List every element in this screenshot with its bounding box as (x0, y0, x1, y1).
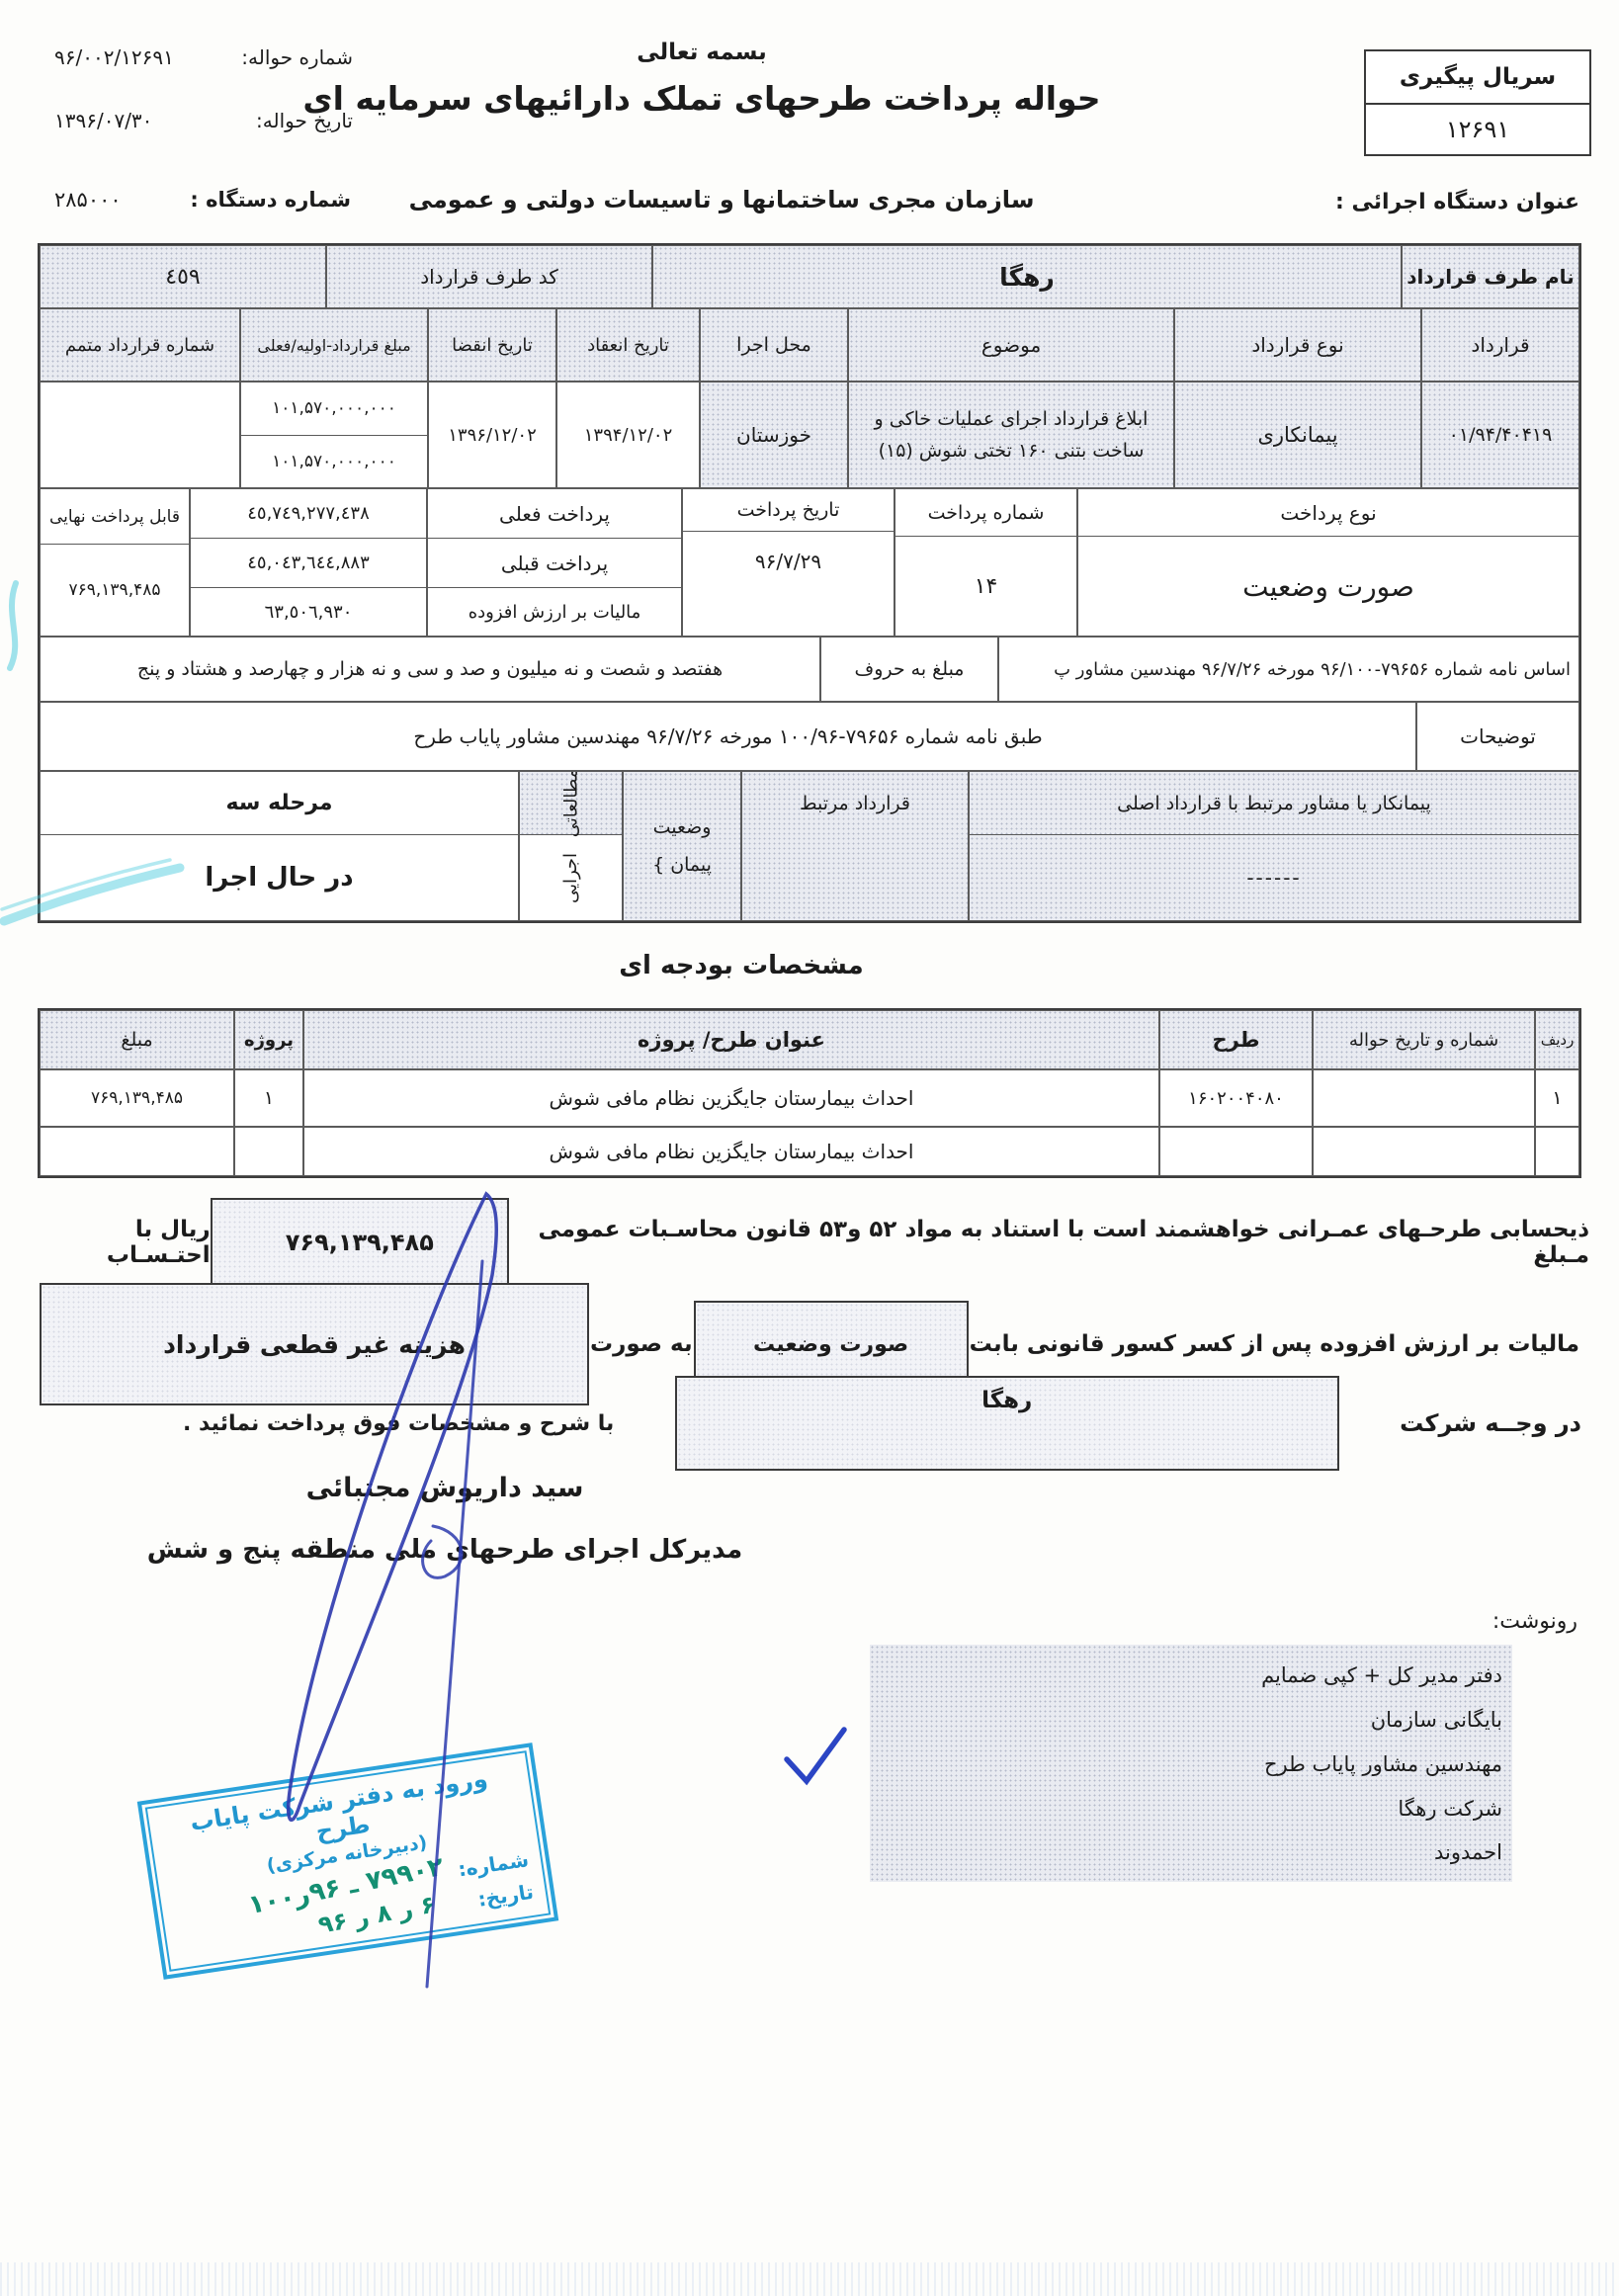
contract-subject-header: موضوع (848, 308, 1174, 382)
contract-amount-current: ۱۰۱,۵۷۰,۰۰۰,۰۰۰ (241, 436, 427, 487)
instruction-line-1-suffix: ریال با احتـسـاب (30, 1217, 211, 1268)
notes-band: توضیحات طبق نامه شماره ۷۹۶۵۶-۱۰۰/۹۶ مورخ… (40, 702, 1579, 771)
stage-label: مرحله سه (41, 772, 518, 835)
contract-end-value: ۱۳۹۶/۱۲/۰۲ (428, 382, 556, 488)
stamp-date-label: تاریخ: (476, 1880, 535, 1912)
payment-number-label: شماره پرداخت (895, 489, 1076, 537)
contract-amount-header: مبلغ قرارداد-اولیه/فعلی (240, 308, 428, 382)
contract-type-value: پیمانکاری (1174, 382, 1421, 488)
payment-current-label: پرداخت فعلی (428, 489, 681, 539)
agency-name: سازمان مجری ساختمانها و تاسیسات دولتی و … (326, 186, 1117, 213)
contract-amount-cell: ۱۰۱,۵۷۰,۰۰۰,۰۰۰ ۱۰۱,۵۷۰,۰۰۰,۰۰۰ (240, 382, 428, 488)
payment-number-value: ۱۴ (895, 537, 1076, 636)
cc-item: شرکت رهگا (880, 1786, 1502, 1830)
budget-row-plan (1159, 1127, 1313, 1176)
contract-supplement-header: شماره قرارداد متمم (40, 308, 240, 382)
tracking-serial-box: سریال پیگیری ۱۲۶۹۱ (1364, 49, 1591, 156)
instruction-line-2-text: مالیات بر ارزش افزوده پس از کسر کسور قان… (970, 1331, 1579, 1357)
phase-exec-label: اجرایی (560, 853, 581, 903)
havale-date-row: تاریخ حواله: ۱۳۹۶/۰۷/۳۰ (54, 109, 353, 132)
payment-date-value: ۹۶/۷/۲۹ (683, 532, 894, 636)
contract-header-row: قرارداد نوع قرارداد موضوع محل اجرا تاریخ… (40, 308, 1579, 382)
instruction-line-3-suffix: با شرح و مشخصات فوق پرداخت نمائید . (183, 1411, 614, 1436)
related-band: پیمانکار یا مشاور مرتبط با قرارداد اصلی … (40, 771, 1579, 921)
device-number-label: شماره دستگاه : (190, 188, 351, 212)
budget-row-ref (1313, 1069, 1535, 1127)
budget-row-project (234, 1127, 303, 1176)
budget-header-title: عنوان طرح/ پروژه (303, 1010, 1159, 1069)
payment-vat-label: مالیات بر ارزش افزوده (428, 588, 681, 636)
contract-status-word2: پیمان } (652, 854, 712, 876)
related-main-value: ------ (970, 835, 1578, 920)
payment-band: نوع پرداخت صورت وضعیت شماره پرداخت ۱۴ تا… (40, 488, 1579, 637)
contract-subject-value: ابلاغ قرارداد اجرای عملیات خاکی و ساخت ب… (848, 382, 1174, 488)
party-name-value: رهگا (652, 245, 1402, 308)
payment-final-column: قابل پرداخت نهایی ۷۶۹,۱۳۹,۴۸۵ (40, 488, 190, 637)
contract-location-header: محل اجرا (700, 308, 848, 382)
amount-words-label: مبلغ به حروف (820, 637, 998, 702)
related-linked-value (742, 835, 968, 920)
contract-party-row: نام طرف قرارداد رهگا کد طرف قرارداد ٤٥٩ (40, 245, 1579, 308)
payment-type-label: نوع پرداخت (1078, 489, 1578, 537)
phase-study-label: مطالعاتی (560, 771, 581, 837)
payment-basis-box: صورت وضعیت (694, 1301, 969, 1388)
payment-date-column: تاریخ پرداخت ۹۶/۷/۲۹ (682, 488, 895, 637)
basis-note: اساس نامه شماره ۷۹۶۵۶-۹۶/۱۰۰ مورخه ۹۶/۷/… (998, 637, 1579, 702)
document-header: بسمه تعالی حواله پرداخت طرحهای تملک دارا… (257, 40, 1147, 118)
payment-number-column: شماره پرداخت ۱۴ (895, 488, 1077, 637)
related-linked-label: قرارداد مرتبط (742, 772, 968, 835)
party-code-label: کد طرف قرارداد (326, 245, 652, 308)
budget-row-plan: ۱۶۰۲۰۰۴۰۸۰ (1159, 1069, 1313, 1127)
payment-vat-value: ٦٣,٥٠٦,٩٣٠ (191, 588, 426, 636)
cc-item: دفتر مدیر کل + کپی ضمایم (880, 1653, 1502, 1697)
scan-noise-strip (0, 2262, 1619, 2296)
stamp-inner-frame: ورود به دفتر شرکت پایاب طرح (دبیرخانه مر… (145, 1750, 552, 1972)
contract-value-row: ۰۱/۹۴/۴۰۴۱۹ پیمانکاری ابلاغ قرارداد اجرا… (40, 382, 1579, 488)
havale-number-value: ۹۶/۰۰۲/۱۲۶۹۱ (54, 45, 174, 69)
contract-status-cell: وضعیت پیمان } (623, 771, 741, 921)
budget-row-amount: ۷۶۹,۱۳۹,۴۸۵ (40, 1069, 234, 1127)
stamp-number-label: شماره: (457, 1847, 531, 1881)
signatory-role: مدیرکل اجرای طرحهای ملی منطقه پنج و شش (104, 1535, 786, 1565)
party-code-value: ٤٥٩ (40, 245, 326, 308)
document-title: حواله پرداخت طرحهای تملک دارائیهای سرمای… (257, 79, 1147, 118)
budget-header-project: پروژه (234, 1010, 303, 1069)
budget-row-1: ۱ ۱۶۰۲۰۰۴۰۸۰ احداث بیمارستان جایگزین نظا… (40, 1069, 1579, 1127)
budget-row-2: احداث بیمارستان جایگزین نظام مافی شوش (40, 1127, 1579, 1176)
contract-start-value: ۱۳۹۴/۱۲/۰۲ (556, 382, 700, 488)
besmele-text: بسمه تعالی (257, 40, 1147, 65)
contract-amount-initial: ۱۰۱,۵۷۰,۰۰۰,۰۰۰ (241, 383, 427, 436)
related-main-column: پیمانکار یا مشاور مرتبط با قرارداد اصلی … (969, 771, 1579, 921)
budget-header-row: ردیف شماره و تاریخ حواله طرح عنوان طرح/ … (40, 1010, 1579, 1069)
instruction-line-1-text: ذیحسابی طرحـهای عمـرانی خواهشمند است با … (509, 1217, 1589, 1268)
contract-no-value: ۰۱/۹۴/۴۰۴۱۹ (1421, 382, 1579, 488)
office-entry-stamp: ورود به دفتر شرکت پایاب طرح (دبیرخانه مر… (137, 1743, 558, 1980)
cc-item: احمدوند (880, 1830, 1502, 1874)
tracking-serial-value: ۱۲۶۹۱ (1366, 105, 1589, 154)
budget-row-title: احداث بیمارستان جایگزین نظام مافی شوش (303, 1069, 1159, 1127)
payment-values-column: ٤٥,٧٤٩,٢٧٧,٤٣٨ ٤٥,٠٤٣,٦٤٤,٨٨٣ ٦٣,٥٠٦,٩٣٠ (190, 488, 427, 637)
budget-header-row-no: ردیف (1535, 1010, 1579, 1069)
havale-date-label: تاریخ حواله: (256, 109, 353, 132)
havale-date-value: ۱۳۹۶/۰۷/۳۰ (54, 109, 152, 132)
payment-final-label: قابل پرداخت نهایی (41, 489, 189, 545)
contract-start-header: تاریخ انعقاد (556, 308, 700, 382)
instruction-line-3-text: در وجــه شرکت (1400, 1409, 1581, 1437)
party-name-label: نام طرف قرارداد (1402, 245, 1579, 308)
notes-label: توضیحات (1416, 702, 1579, 771)
payment-previous-value: ٤٥,٠٤٣,٦٤٤,٨٨٣ (191, 539, 426, 588)
budget-header-plan: طرح (1159, 1010, 1313, 1069)
cc-item: مهندسین مشاور پایاب طرح (880, 1742, 1502, 1786)
tracking-serial-label: سریال پیگیری (1366, 51, 1589, 105)
budget-row-title: احداث بیمارستان جایگزین نظام مافی شوش (303, 1127, 1159, 1176)
contract-no-header: قرارداد (1421, 308, 1579, 382)
payment-final-value: ۷۶۹,۱۳۹,۴۸۵ (41, 545, 189, 636)
budget-row-ref (1313, 1127, 1535, 1176)
payment-current-value: ٤٥,٧٤٩,٢٧٧,٤٣٨ (191, 489, 426, 539)
payment-date-label: تاریخ پرداخت (683, 489, 894, 532)
signatory-name: سید داریوش مجتبائی (104, 1473, 786, 1503)
payment-type-column: نوع پرداخت صورت وضعیت (1077, 488, 1579, 637)
agency-title-label: عنوان دستگاه اجرائی : (1335, 190, 1579, 214)
contract-end-header: تاریخ انقضا (428, 308, 556, 382)
cc-label: رونوشت: (1492, 1609, 1577, 1634)
stage-column: مرحله سه در حال اجرا (40, 771, 519, 921)
contract-table: نام طرف قرارداد رهگا کد طرف قرارداد ٤٥٩ … (38, 243, 1581, 923)
payee-company-box: رهگا (675, 1376, 1339, 1471)
payment-labels-column: پرداخت فعلی پرداخت قبلی مالیات بر ارزش ا… (427, 488, 682, 637)
havale-number-label: شماره حواله: (241, 45, 353, 69)
havale-number-row: شماره حواله: ۹۶/۰۰۲/۱۲۶۹۱ (54, 45, 353, 69)
amount-words-value: هفتصد و شصت و نه میلیون و صد و سی و نه ه… (40, 637, 820, 702)
contract-status-word1: وضعیت (653, 816, 712, 838)
budget-row-amount (40, 1127, 234, 1176)
signatory-block: سید داریوش مجتبائی مدیرکل اجرای طرحهای م… (104, 1473, 786, 1565)
budget-header-amount: مبلغ (40, 1010, 234, 1069)
budget-section-title: مشخصات بودجه ای (494, 951, 988, 980)
contract-supplement-value (40, 382, 240, 488)
notes-value: طبق نامه شماره ۷۹۶۵۶-۱۰۰/۹۶ مورخه ۹۶/۷/۲… (40, 702, 1416, 771)
instruction-line-3: در وجــه شرکت رهگا با شرح و مشخصات فوق پ… (183, 1376, 1581, 1471)
instruction-amount-box: ۷۶۹,۱۳۹,۴۸۵ (211, 1198, 509, 1287)
related-linked-column: قرارداد مرتبط (741, 771, 969, 921)
cc-item: بایگانی سازمان (880, 1697, 1502, 1742)
budget-row-project: ۱ (234, 1069, 303, 1127)
phase-exec-cell: اجرایی (520, 835, 622, 920)
contract-location-value: خوزستان (700, 382, 848, 488)
device-number-value: ۲۸۵۰۰۰ (54, 188, 122, 212)
contract-type-header: نوع قرارداد (1174, 308, 1421, 382)
cc-list: دفتر مدیر کل + کپی ضمایم بایگانی سازمان … (870, 1645, 1512, 1882)
phase-study-cell: مطالعاتی (520, 772, 622, 835)
phase-column: مطالعاتی اجرایی (519, 771, 623, 921)
related-main-label: پیمانکار یا مشاور مرتبط با قرارداد اصلی (970, 772, 1578, 835)
device-number-row: شماره دستگاه : ۲۸۵۰۰۰ (54, 188, 351, 212)
instruction-line-1: ذیحسابی طرحـهای عمـرانی خواهشمند است با … (30, 1198, 1589, 1287)
budget-row-no: ۱ (1535, 1069, 1579, 1127)
budget-table: ردیف شماره و تاریخ حواله طرح عنوان طرح/ … (38, 1008, 1581, 1178)
amount-words-band: اساس نامه شماره ۷۹۶۵۶-۹۶/۱۰۰ مورخه ۹۶/۷/… (40, 637, 1579, 702)
instruction-line-2-middle: به صورت (590, 1331, 693, 1357)
budget-row-no (1535, 1127, 1579, 1176)
payment-previous-label: پرداخت قبلی (428, 539, 681, 588)
scanned-payment-order-document: سریال پیگیری ۱۲۶۹۱ بسمه تعالی حواله پردا… (0, 0, 1619, 2296)
budget-header-ref: شماره و تاریخ حواله (1313, 1010, 1535, 1069)
checkmark-icon (781, 1724, 852, 1789)
payment-type-value: صورت وضعیت (1078, 537, 1578, 636)
stage-value: در حال اجرا (41, 835, 518, 920)
